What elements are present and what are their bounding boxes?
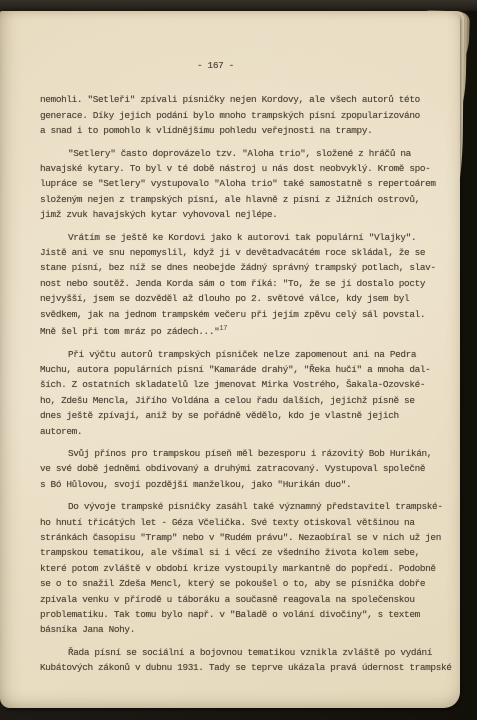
body-paragraph: nemohli. "Setleři" zpívali písničky neje… [40,92,456,138]
footnote-reference: 17 [219,325,227,333]
body-paragraph: Při výčtu autorů trampských písniček nel… [40,347,456,439]
paragraph-text: Vrátím se ještě ke Kordovi jako k autoro… [40,232,436,337]
body-paragraph: Vrátím se ještě ke Kordovi jako k autoro… [40,230,456,340]
scanner-background-top [0,0,477,11]
paragraph-text: Do vývoje trampské písničky zasáhl také … [40,501,443,635]
paragraph-text: "Setlery" často doprovázelo tzv. "Aloha … [40,148,436,221]
body-paragraph: Svůj přínos pro trampskou píseň měl beze… [40,446,456,492]
book-page: - 167 - nemohli. "Setleři" zpívali písni… [0,11,460,708]
body-paragraph: Do vývoje trampské písničky zasáhl také … [40,499,456,638]
scanned-book-page: - 167 - nemohli. "Setleři" zpívali písni… [0,0,477,720]
paragraph-text: Při výčtu autorů trampských písniček nel… [40,349,430,437]
paragraph-text: Řada písní se sociální a bojovnou temati… [40,647,452,673]
body-paragraph: "Setlery" často doprovázelo tzv. "Aloha … [40,146,456,223]
page-number: - 167 - [197,58,456,73]
paragraph-text: nemohli. "Setleři" zpívali písničky neje… [40,94,420,136]
body-paragraph: Řada písní se sociální a bojovnou temati… [40,645,456,676]
page-body: - 167 - nemohli. "Setleři" zpívali písni… [40,58,456,676]
paragraph-text: Svůj přínos pro trampskou píseň měl beze… [40,448,432,490]
